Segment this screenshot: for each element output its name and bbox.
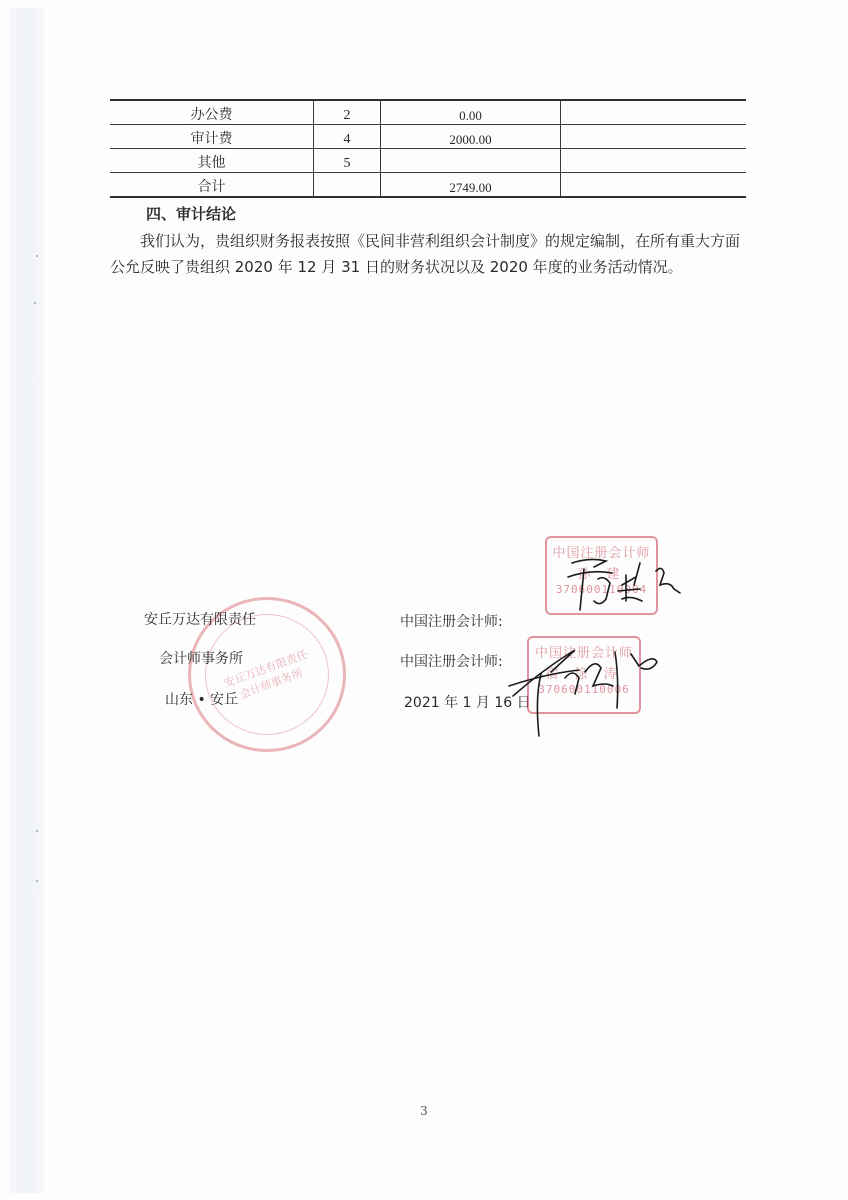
scan-speck — [34, 302, 36, 304]
signature-1 — [560, 555, 700, 615]
table-row: 其他5 — [110, 149, 746, 173]
audit-opinion-paragraph: 我们认为，贵组织财务报表按照《民间非营利组织会计制度》的规定编制，在所有重大方面… — [110, 228, 750, 280]
row-amount: 2749.00 — [381, 173, 561, 198]
scan-speck — [36, 880, 38, 882]
row-line-number: 4 — [314, 125, 381, 149]
section-title-audit-conclusion: 四、审计结论 — [146, 203, 236, 224]
row-note — [561, 149, 747, 173]
row-amount: 0.00 — [381, 100, 561, 125]
row-note — [561, 173, 747, 198]
table-row: 合计2749.00 — [110, 173, 746, 198]
firm-location: 山东 • 安丘 — [165, 689, 238, 709]
row-line-number: 5 — [314, 149, 381, 173]
row-name: 合计 — [110, 173, 314, 198]
cpa-label-1: 中国注册会计师: — [400, 611, 503, 631]
scan-edge-shadow — [10, 8, 44, 1193]
fee-table: 办公费20.00审计费42000.00其他5合计2749.00 — [110, 99, 746, 198]
firm-name-line-1: 安丘万达有限责任 — [144, 609, 256, 629]
firm-name-line-2: 会计师事务所 — [159, 648, 243, 668]
signature-2 — [505, 638, 675, 738]
scan-speck — [36, 255, 38, 257]
row-line-number — [314, 173, 381, 198]
row-amount: 2000.00 — [381, 125, 561, 149]
row-note — [561, 100, 747, 125]
cpa-label-2: 中国注册会计师: — [400, 651, 503, 671]
table-row: 办公费20.00 — [110, 100, 746, 125]
scan-speck — [36, 830, 38, 832]
page-number: 3 — [0, 1104, 848, 1118]
row-name: 办公费 — [110, 100, 314, 125]
row-name: 其他 — [110, 149, 314, 173]
row-line-number: 2 — [314, 100, 381, 125]
row-name: 审计费 — [110, 125, 314, 149]
table-row: 审计费42000.00 — [110, 125, 746, 149]
row-amount — [381, 149, 561, 173]
row-note — [561, 125, 747, 149]
